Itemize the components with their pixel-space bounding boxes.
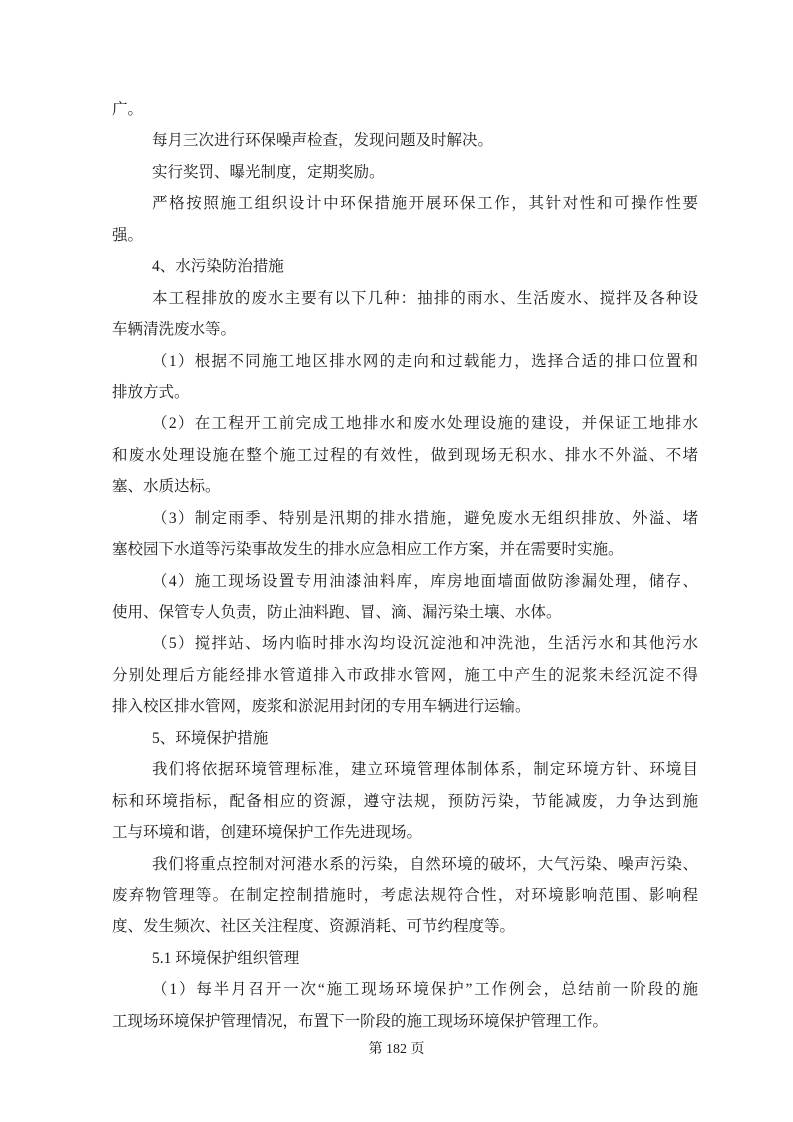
text-line: 车辆清洗废水等。 <box>112 314 698 345</box>
text-line: 工现场环境保护管理情况，布置下一阶段的施工现场环境保护管理工作。 <box>112 1006 698 1037</box>
text-line: 实行奖罚、曝光制度，定期奖励。 <box>112 157 698 188</box>
text-line: 5.1 环境保护组织管理 <box>112 943 698 974</box>
text-line: 标和环境指标，配备相应的资源，遵守法规，预防污染，节能减废，力争达到施 <box>112 786 698 817</box>
text-line: 塞、水质达标。 <box>112 471 698 502</box>
page-number: 第 182 页 <box>369 1042 425 1057</box>
text-line: 使用、保管专人负责，防止油料跑、冒、滴、漏污染土壤、水体。 <box>112 597 698 628</box>
text-line: 工与环境和谐，创建环境保护工作先进现场。 <box>112 817 698 848</box>
text-line: （2）在工程开工前完成工地排水和废水处理设施的建设，并保证工地排水 <box>112 408 698 439</box>
text-line: 和废水处理设施在整个施工过程的有效性，做到现场无积水、排水不外溢、不堵 <box>112 440 698 471</box>
document-page: 广。每月三次进行环保噪声检查，发现问题及时解决。实行奖罚、曝光制度，定期奖励。严… <box>0 0 793 1122</box>
text-line: 4、水污染防治措施 <box>112 251 698 282</box>
text-line: 分别处理后方能经排水管道排入市政排水管网，施工中产生的泥浆未经沉淀不得 <box>112 660 698 691</box>
document-body: 广。每月三次进行环保噪声检查，发现问题及时解决。实行奖罚、曝光制度，定期奖励。严… <box>112 94 698 1037</box>
text-line: （5）搅拌站、场内临时排水沟均设沉淀池和冲洗池，生活污水和其他污水 <box>112 628 698 659</box>
text-line: 排入校区排水管网，废浆和淤泥用封闭的专用车辆进行运输。 <box>112 691 698 722</box>
text-line: 度、发生频次、社区关注程度、资源消耗、可节约程度等。 <box>112 911 698 942</box>
text-line: 本工程排放的废水主要有以下几种：抽排的雨水、生活废水、搅拌及各种设 <box>112 283 698 314</box>
text-line: 我们将重点控制对河港水系的污染，自然环境的破坏，大气污染、噪声污染、 <box>112 849 698 880</box>
text-line: 排放方式。 <box>112 377 698 408</box>
text-line: （3）制定雨季、特别是汛期的排水措施，避免废水无组织排放、外溢、堵 <box>112 503 698 534</box>
text-line: 广。 <box>112 94 698 125</box>
text-line: 我们将依据环境管理标准，建立环境管理体制体系，制定环境方针、环境目 <box>112 754 698 785</box>
text-line: 强。 <box>112 220 698 251</box>
text-line: 严格按照施工组织设计中环保措施开展环保工作，其针对性和可操作性要 <box>112 188 698 219</box>
page-footer: 第 182 页 <box>0 1040 793 1060</box>
text-line: 废弃物管理等。在制定控制措施时，考虑法规符合性，对环境影响范围、影响程 <box>112 880 698 911</box>
text-line: （4）施工现场设置专用油漆油料库，库房地面墙面做防渗漏处理，储存、 <box>112 566 698 597</box>
text-line: 5、环境保护措施 <box>112 723 698 754</box>
text-line: 每月三次进行环保噪声检查，发现问题及时解决。 <box>112 125 698 156</box>
text-line: （1）每半月召开一次“施工现场环境保护”工作例会，总结前一阶段的施 <box>112 974 698 1005</box>
text-line: （1）根据不同施工地区排水网的走向和过载能力，选择合适的排口位置和 <box>112 346 698 377</box>
text-line: 塞校园下水道等污染事故发生的排水应急相应工作方案，并在需要时实施。 <box>112 534 698 565</box>
